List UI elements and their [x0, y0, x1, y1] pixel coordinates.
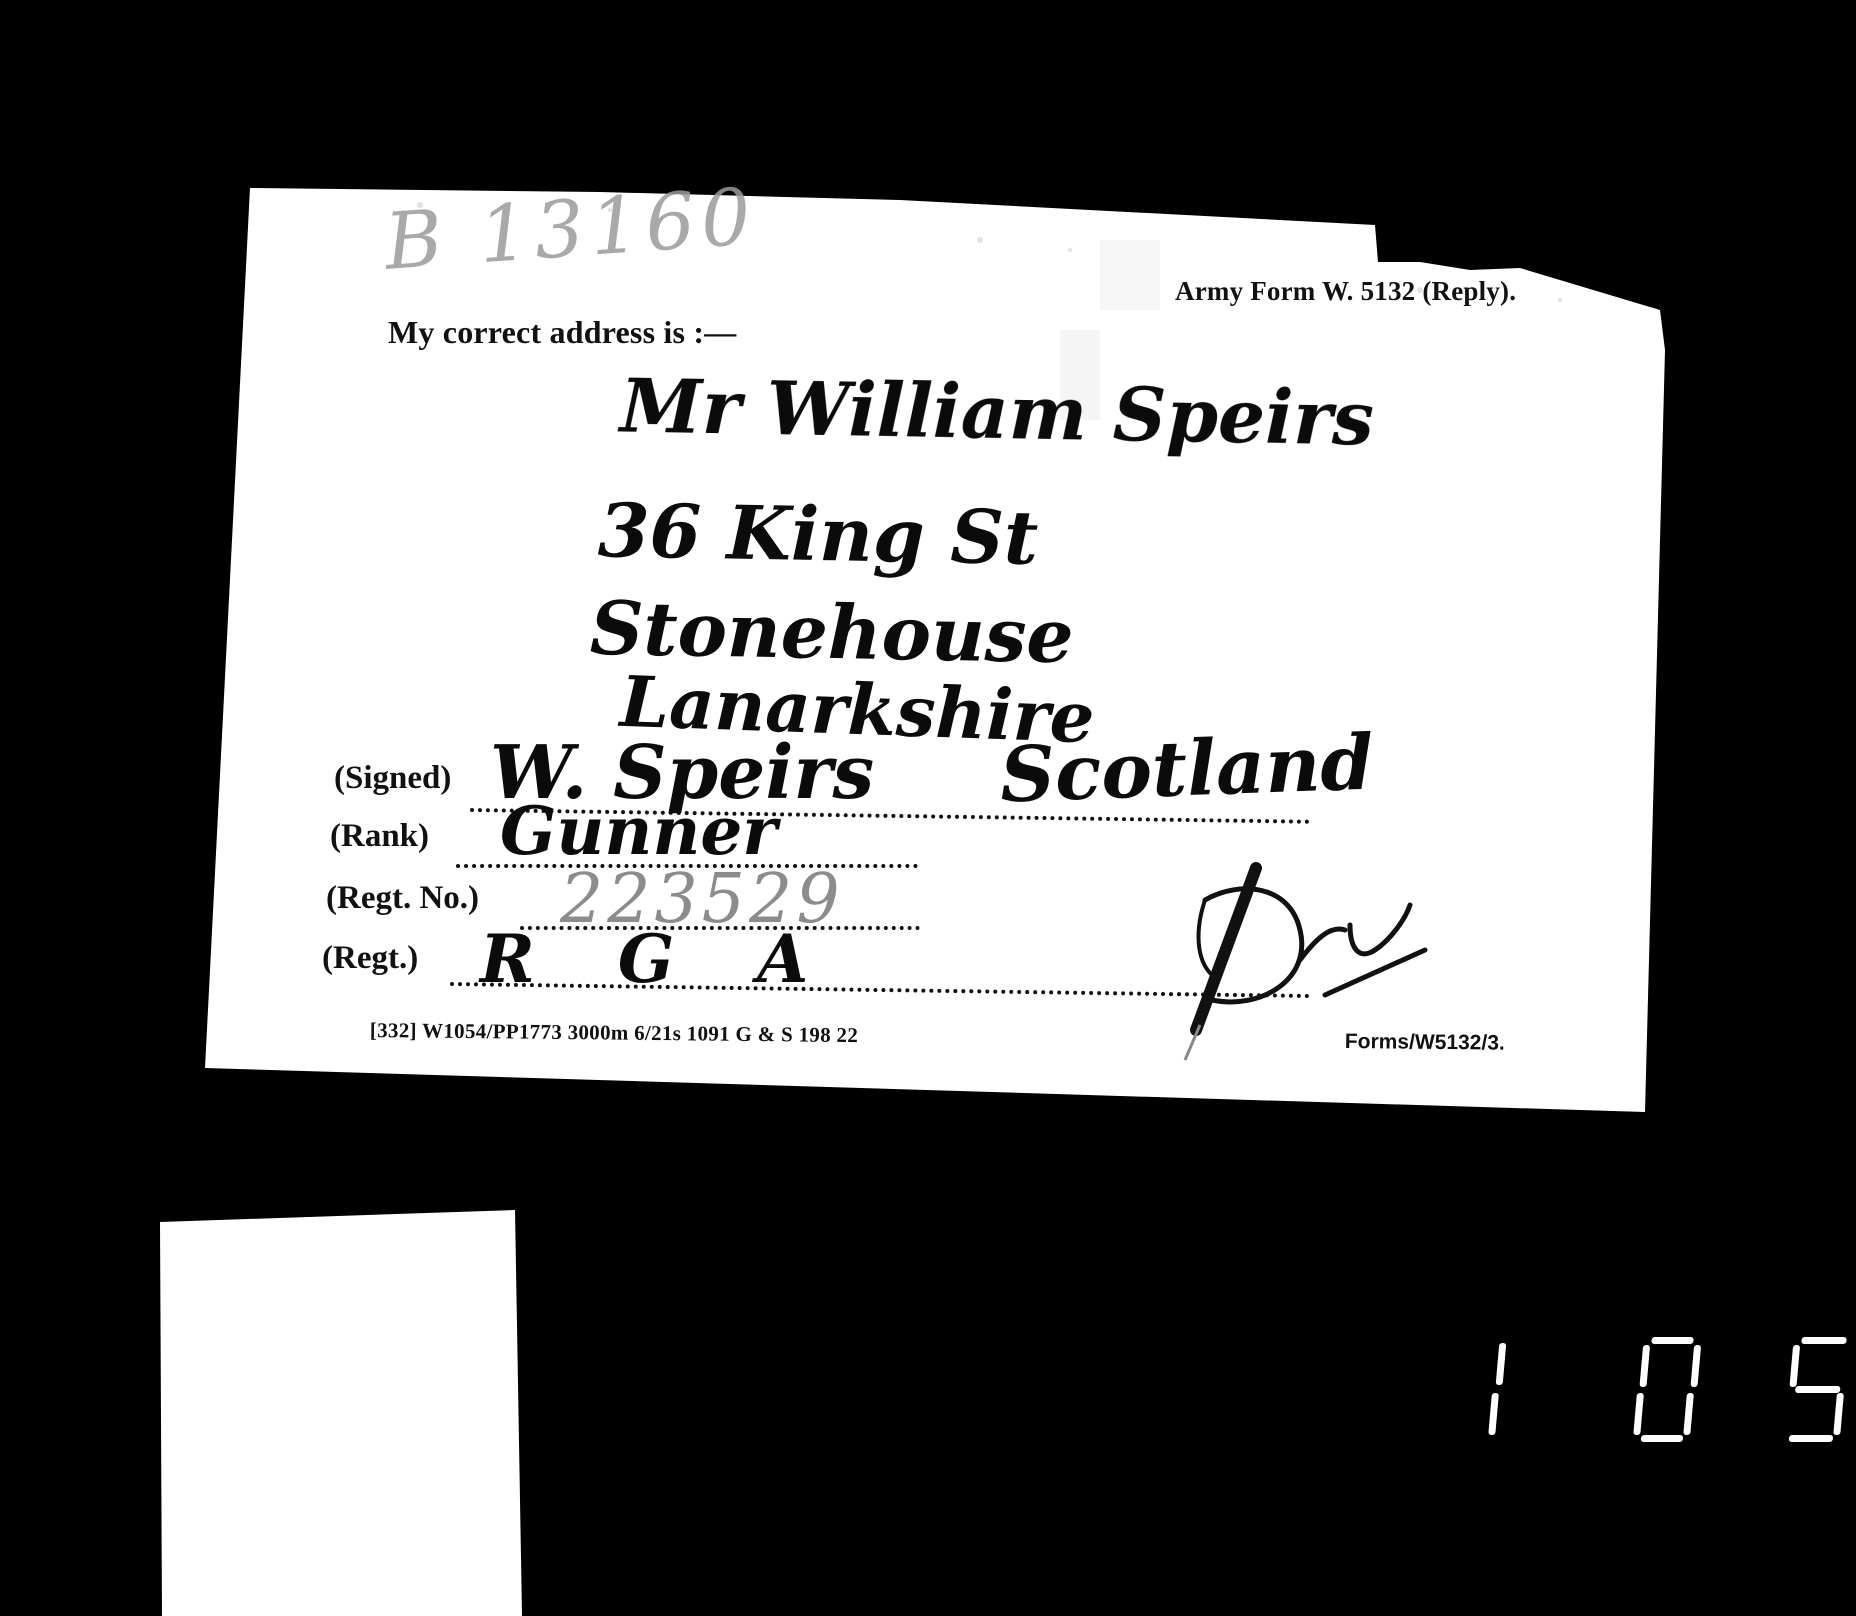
frame-digit-1 [1480, 1335, 1580, 1443]
blank-card [160, 1210, 522, 1616]
frame-number [1480, 1335, 1856, 1443]
printer-imprint: [332] W1054/PP1773 3000m 6/21s 1091 G & … [370, 1018, 859, 1048]
form-title: Army Form W. 5132 (Reply). [1175, 276, 1516, 307]
forms-code: Forms/W5132/3. [1345, 1030, 1505, 1056]
address-line-street: 36 King St [597, 488, 1039, 582]
frame-digit-5 [1780, 1335, 1856, 1443]
regt-label: (Regt.) [322, 940, 418, 977]
signed-label: (Signed) [334, 760, 451, 797]
address-line-name: Mr William Speirs [619, 363, 1374, 462]
regt-value: R G A [480, 920, 838, 998]
rank-value: Gunner [500, 792, 777, 870]
address-line-country: Scotland [999, 718, 1375, 820]
regt-no-label: (Regt. No.) [326, 880, 479, 917]
address-prompt: My correct address is :— [388, 314, 736, 351]
rank-label: (Rank) [330, 818, 429, 855]
frame-digit-0 [1630, 1335, 1730, 1443]
